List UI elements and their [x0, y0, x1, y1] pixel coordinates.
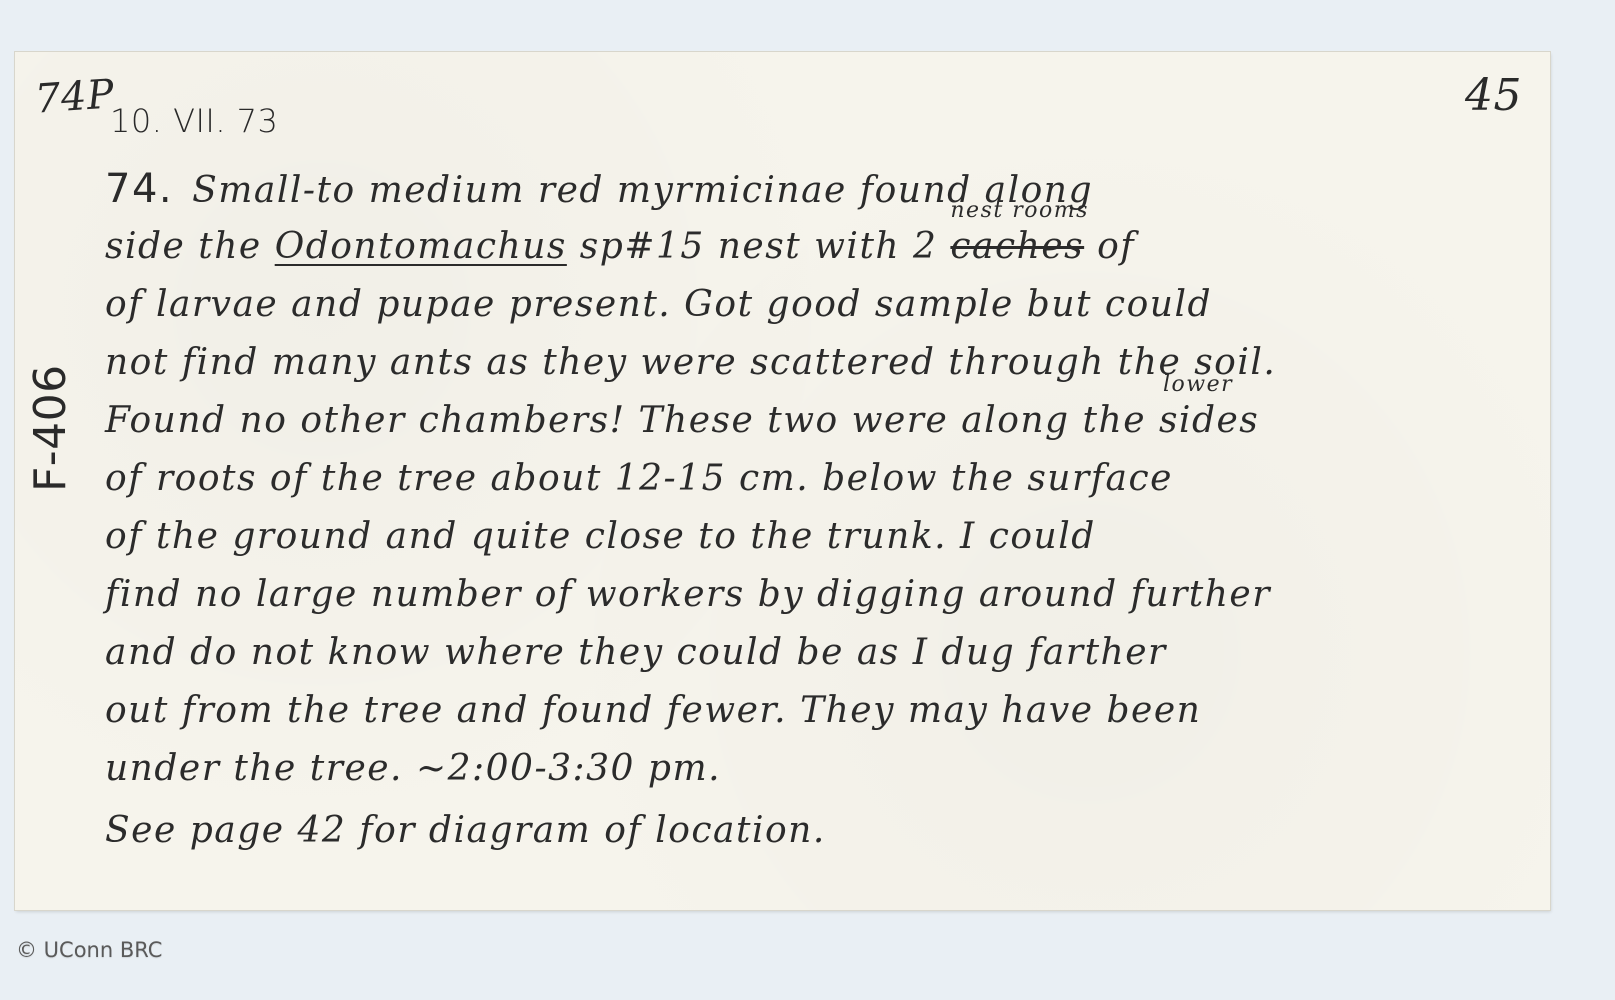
entry-line-4: not find many ants as they were scattere…: [105, 334, 1525, 392]
struck-text: caches: [950, 226, 1084, 267]
line-text: not find many ants as they were scattere…: [105, 342, 1276, 383]
margin-note: F-406: [25, 364, 76, 492]
line-text: of roots of the tree about 12-15 cm. bel…: [105, 458, 1173, 499]
line-text: under the tree. ~2:00-3:30 pm.: [105, 748, 721, 789]
entry-line-3: of larvae and pupae present. Got good sa…: [105, 276, 1525, 334]
entry-line-6: of roots of the tree about 12-15 cm. bel…: [105, 450, 1525, 508]
corner-label: 74P: [33, 71, 115, 122]
viewer-stage: 74P 10. VII. 73 45 F-406 74. Small-to me…: [0, 0, 1615, 1000]
entry-line-1: 74. Small-to medium red myrmicinae found…: [105, 160, 1525, 218]
entry-line-8: find no large number of workers by diggi…: [105, 566, 1525, 624]
line-text: of: [1084, 226, 1135, 267]
entry-line-11: under the tree. ~2:00-3:30 pm.: [105, 740, 1525, 798]
copyright-notice: © UConn BRC: [16, 938, 162, 962]
entry-body: 74. Small-to medium red myrmicinae found…: [105, 160, 1525, 860]
entry-line-9: and do not know where they could be as I…: [105, 624, 1525, 682]
line-text: and do not know where they could be as I…: [105, 632, 1167, 673]
field-note-card: 74P 10. VII. 73 45 F-406 74. Small-to me…: [15, 52, 1550, 910]
entry-line-2: side the Odontomachus sp#15 nest with 2 …: [105, 218, 1525, 276]
line-text: of larvae and pupae present. Got good sa…: [105, 284, 1212, 325]
line-text: Found no other chambers! These two were …: [105, 400, 1159, 441]
line-text: sides: [1159, 400, 1259, 441]
entry-line-10: out from the tree and found fewer. They …: [105, 682, 1525, 740]
entry-line-12: See page 42 for diagram of location.: [105, 802, 1525, 860]
line-text: See page 42 for diagram of location.: [105, 810, 826, 851]
genus-name: Odontomachus: [275, 226, 567, 267]
entry-date: 10. VII. 73: [110, 102, 278, 140]
inserted-text: nest rooms: [950, 200, 1088, 222]
line-text: find no large number of workers by diggi…: [105, 574, 1271, 615]
line-text: side the: [105, 226, 275, 267]
line-text: out from the tree and found fewer. They …: [105, 690, 1201, 731]
line-text: of the ground and quite close to the tru…: [105, 516, 1096, 557]
page-number: 45: [1465, 70, 1522, 121]
line-text: sp#15 nest with 2: [567, 226, 951, 267]
entry-number: 74.: [105, 166, 173, 212]
entry-line-5: Found no other chambers! These two were …: [105, 392, 1525, 450]
entry-line-7: of the ground and quite close to the tru…: [105, 508, 1525, 566]
inserted-text: lower: [1163, 374, 1233, 396]
